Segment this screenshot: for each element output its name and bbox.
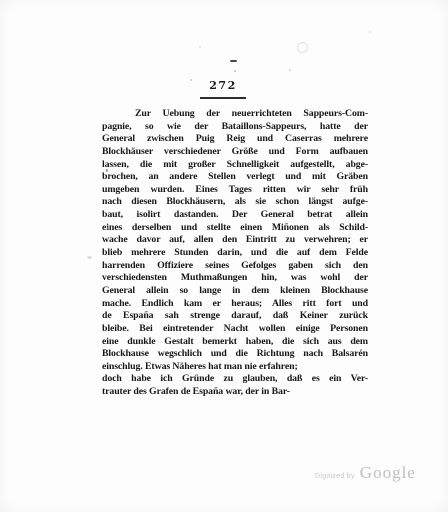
text-line: eines derselben und stellte einen Miñone… bbox=[102, 222, 368, 235]
body-text-block: Zur Uebung der neuerrichteten Sappeurs-C… bbox=[102, 108, 368, 399]
scan-artifact bbox=[289, 69, 291, 71]
page-header: 272 bbox=[161, 79, 285, 99]
text-line: de España sah strenge darauf, daß Keiner… bbox=[102, 310, 368, 323]
text-line: Zur Uebung der neuerrichteten Sappeurs-C… bbox=[102, 108, 368, 121]
text-line: brochen, an andere Stellen verlegt und m… bbox=[102, 171, 368, 184]
text-line: eine dunkle Gestalt bemerkt haben, die s… bbox=[102, 336, 368, 349]
text-line: einschlug. Etwas Näheres hat man nie erf… bbox=[102, 361, 368, 374]
header-rule bbox=[200, 97, 246, 99]
text-line: baut, isolirt dastanden. Der General bet… bbox=[102, 209, 368, 222]
scan-artifact bbox=[230, 60, 237, 62]
text-line: doch habe ich Gründe zu glauben, daß es … bbox=[102, 373, 368, 386]
scan-artifact bbox=[297, 42, 308, 53]
text-line: nach diesen Blockhäusern, als sie schon … bbox=[102, 196, 368, 209]
text-line: bleibe. Bei eintretender Nacht wollen ei… bbox=[102, 323, 368, 336]
google-watermark: Digitized by Google bbox=[315, 463, 416, 483]
text-line: umgeben wurden. Eines Tages ritten wir s… bbox=[102, 184, 368, 197]
text-line: General allein so lange in dem kleinen B… bbox=[102, 285, 368, 298]
text-line: wache davor auf, allen den Eintritt zu v… bbox=[102, 234, 368, 247]
digitized-by-label: Digitized by bbox=[315, 473, 355, 480]
text-line: General zwischen Puig Reig und Caserras … bbox=[102, 133, 368, 146]
scan-artifact bbox=[369, 31, 371, 33]
google-logo: Google bbox=[360, 463, 416, 483]
text-line: blieb mehrere Stunden darin, und die auf… bbox=[102, 247, 368, 260]
text-line: verschiedensten Muthmaßungen hin, was wo… bbox=[102, 272, 368, 285]
scanned-book-page: 272 Zur Uebung der neuerrichteten Sappeu… bbox=[0, 0, 448, 512]
text-line: pagnie, so wie der Bataillons-Sappeurs, … bbox=[102, 121, 368, 134]
scan-artifact bbox=[87, 256, 92, 259]
scan-artifact bbox=[199, 46, 201, 48]
text-line: Blockhäuser verschiedener Größe und Form… bbox=[102, 146, 368, 159]
text-line: Blockhause wegschlich und die Richtung n… bbox=[102, 348, 368, 361]
text-line: mache. Endlich kam er heraus; Alles ritt… bbox=[102, 298, 368, 311]
page-number: 272 bbox=[161, 79, 285, 92]
scan-artifact bbox=[234, 70, 236, 72]
text-line: trauter des Grafen de España war, der in… bbox=[102, 386, 368, 399]
text-line: lassen, die mit großer Schnelligkeit auf… bbox=[102, 159, 368, 172]
text-line: harrenden Offiziere seines Gefolges gabe… bbox=[102, 260, 368, 273]
